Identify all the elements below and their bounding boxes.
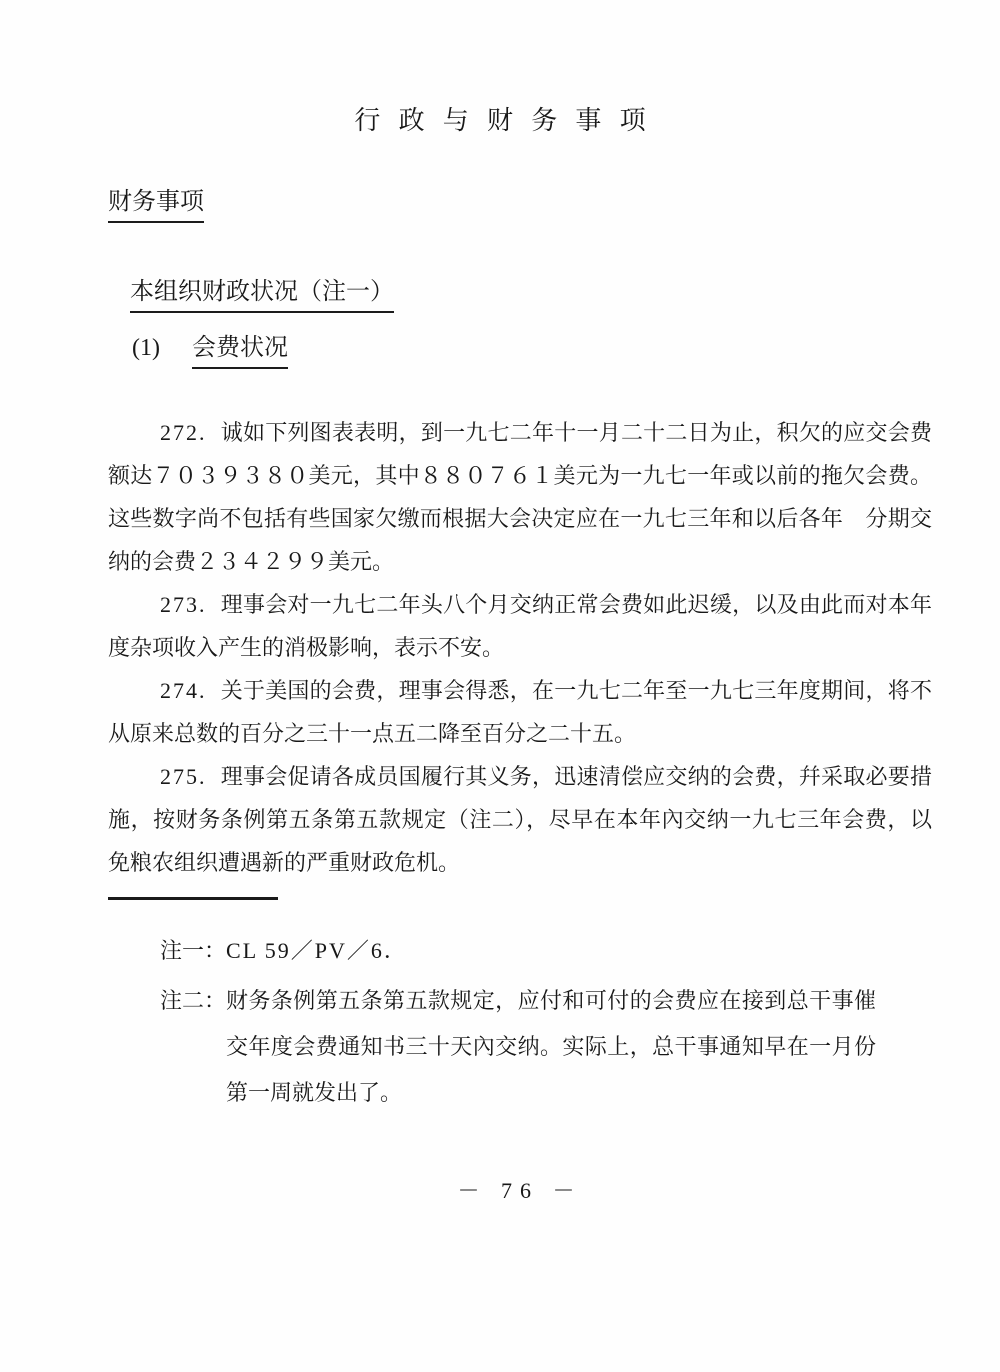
item-heading: (1) 会费状况 (132, 327, 932, 369)
section-heading-text: 财务事项 (108, 181, 204, 223)
footnote-label: 注二： (160, 978, 226, 1116)
paragraph-number: 273. (160, 592, 207, 617)
document-page: 行政与财务事项 财务事项 本组织财政状况（注一） (1) 会费状况 272.诚如… (0, 0, 1000, 1372)
paragraph-272: 272.诚如下列图表表明，到一九七二年十一月二十二日为止，积欠的应交会费额达７０… (108, 411, 932, 583)
paragraph-275: 275.理事会促请各成员国履行其义务，迅速清偿应交纳的会费，幷采取必要措施，按财… (108, 755, 932, 884)
item-heading-text: 会费状况 (192, 327, 288, 369)
document-content: 财务事项 本组织财政状况（注一） (1) 会费状况 272.诚如下列图表表明，到… (108, 181, 932, 1205)
footnote-1: 注一： CL 59／PV／6． (160, 928, 932, 974)
section-heading: 财务事项 (108, 181, 932, 223)
paragraph-number: 274. (160, 678, 207, 703)
footnote-label: 注一： (160, 928, 226, 974)
footnote-text: 财务条例第五条第五款规定，应付和可付的会费应在接到总干事催交年度会费通知书三十天… (226, 978, 876, 1116)
item-number: (1) (132, 335, 160, 362)
footnotes: 注一： CL 59／PV／6． 注二： 财务条例第五条第五款规定，应付和可付的会… (160, 928, 932, 1116)
page-number: － 76 － (108, 1174, 932, 1205)
paragraph-number: 272. (160, 420, 207, 445)
body-paragraphs: 272.诚如下列图表表明，到一九七二年十一月二十二日为止，积欠的应交会费额达７０… (108, 411, 932, 884)
footnote-divider (108, 897, 278, 900)
subsection-heading: 本组织财政状况（注一） (130, 271, 932, 313)
paragraph-274: 274.关于美国的会费，理事会得悉，在一九七二年至一九七三年度期间，将不从原来总… (108, 669, 932, 755)
paragraph-text: 理事会促请各成员国履行其义务，迅速清偿应交纳的会费，幷采取必要措施，按财务条例第… (108, 764, 932, 875)
paragraph-number: 275. (160, 764, 207, 789)
footnote-text: CL 59／PV／6． (226, 928, 876, 974)
footnote-2: 注二： 财务条例第五条第五款规定，应付和可付的会费应在接到总干事催交年度会费通知… (160, 978, 932, 1116)
paragraph-273: 273.理事会对一九七二年头八个月交纳正常会费如此迟缓，以及由此而对本年度杂项收… (108, 583, 932, 669)
paragraph-text: 理事会对一九七二年头八个月交纳正常会费如此迟缓，以及由此而对本年度杂项收入产生的… (108, 592, 932, 660)
page-title: 行政与财务事项 (0, 0, 1000, 137)
paragraph-text: 诚如下列图表表明，到一九七二年十一月二十二日为止，积欠的应交会费额达７０３９３８… (108, 420, 932, 574)
subsection-heading-text: 本组织财政状况（注一） (130, 271, 394, 313)
paragraph-text: 关于美国的会费，理事会得悉，在一九七二年至一九七三年度期间，将不从原来总数的百分… (108, 678, 932, 746)
